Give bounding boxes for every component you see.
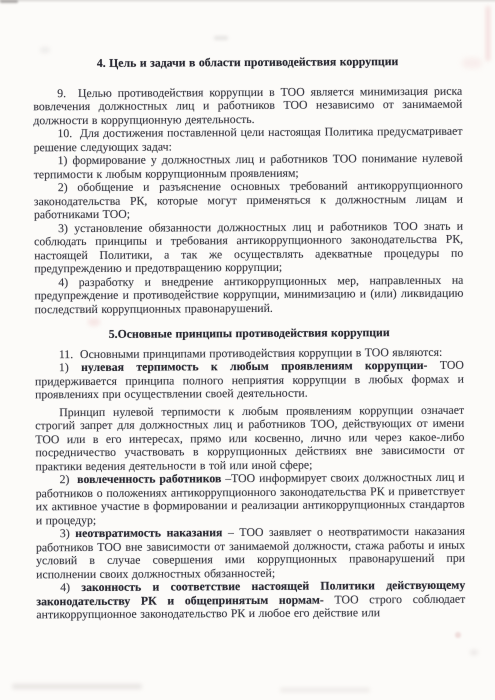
scan-artifact-pink-dot-right-lower <box>455 632 461 638</box>
paragraph: 2) обобщение и разъяснение основных треб… <box>34 179 463 222</box>
text-segment: 1) <box>59 360 81 374</box>
text-segment: Принцип нулевой терпимости к любым прояв… <box>35 402 464 473</box>
scan-artifact-speck-top-left <box>40 47 50 53</box>
paragraph: 9. Целью противодействия коррупции в ТОО… <box>33 84 462 127</box>
text-segment: 4) <box>60 580 81 594</box>
scan-artifact-bottom-left-smudge <box>12 684 142 689</box>
text-segment: 2) <box>60 472 78 486</box>
text-segment: 2) обобщение и разъяснение основных треб… <box>34 178 463 222</box>
paragraph: 3) установление обязанности должностных … <box>34 219 463 276</box>
text-segment: 3) <box>60 526 75 540</box>
scan-artifact-speck-right-edge-lower <box>470 650 478 655</box>
scanned-document-page: 4. Цель и задачи в области противодейств… <box>0 0 495 700</box>
paragraph: 1) формирование у должностных лиц и рабо… <box>34 152 463 182</box>
document-content: 4. Цель и задачи в области противодейств… <box>33 55 465 622</box>
section-heading: 5.Основные принципы противодействия корр… <box>35 326 464 342</box>
scan-artifact-speck-top-center <box>214 36 228 40</box>
scan-artifact-pink-haze-right <box>462 58 482 68</box>
paragraph: 4) разработку и внедрение антикоррупцион… <box>34 273 463 316</box>
text-segment: 3) установление обязанности должностных … <box>34 218 463 275</box>
paragraph: 10. Для достижения поставленной цели нас… <box>33 125 462 155</box>
paragraph: 4) законность и соответствие настоящей П… <box>36 579 465 622</box>
scan-artifact-top-left-edge-smudge <box>0 0 18 3</box>
paragraph: Принцип нулевой терпимости к любым прояв… <box>35 403 464 473</box>
text-segment: 10. Для достижения поставленной цели нас… <box>34 124 463 154</box>
text-segment: 9. Целью противодействия коррупции в ТОО… <box>33 83 462 127</box>
scan-artifact-bottom-center-smudge <box>280 688 370 692</box>
paragraph: 2) вовлеченность работников –ТОО информи… <box>36 471 465 528</box>
paragraph: 3) неотвратимость наказания – ТОО заявля… <box>36 525 465 582</box>
text-segment: 1) формирование у должностных лиц и рабо… <box>34 151 463 181</box>
scan-artifact-pink-stripe-top-right <box>486 6 490 61</box>
text-segment: 4) разработку и внедрение антикоррупцион… <box>34 272 463 316</box>
section-heading: 4. Цель и задачи в области противодейств… <box>33 55 462 71</box>
paragraph: 1) нулевая терпимость к любым проявления… <box>35 359 464 402</box>
